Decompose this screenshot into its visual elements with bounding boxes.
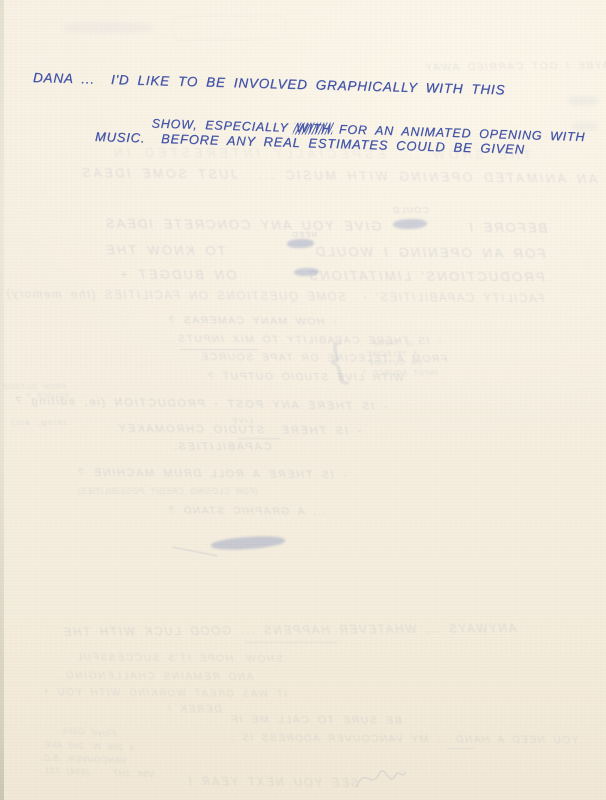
bleed-line-drum-1: - IS THERE A ROLL DRUM MACHINE ? — [77, 467, 347, 482]
struck-word: WITH — [296, 121, 332, 136]
bleed-line-need-hand: YOU NEED A HAND ... MY VANCOUVER ADDRESS… — [230, 732, 579, 746]
bleed-line-chromakey-2: CAPABILITIES. — [172, 441, 272, 453]
bleed-line-derek: DEREK ! — [167, 703, 222, 715]
bleed-line-anyways: ANYWAYS ... WHATEVER HAPPENS ... GOOD LU… — [62, 623, 517, 639]
bleed-line-for-opening: FOR AN OPENING I WOULD TO KNOW THE — [104, 242, 546, 261]
bleed-address-street: # 208 W. 2nd AVE — [44, 739, 135, 752]
ink-scribble-tail — [172, 547, 217, 557]
note-paper: DANA, WELL, MAYBE I GOT CARRIED AWAY THE… — [0, 0, 606, 800]
bleed-line-chromakey-1: - IS THERE STUDIO CHROMAKEY — [117, 423, 362, 438]
ink-smudge — [62, 22, 154, 33]
bleed-word-need: NEED — [291, 230, 317, 239]
bleed-line-drum-2: (FOR CLOSING CREDIT POSSIBILITIES) — [77, 487, 258, 496]
bleed-line-post-tail: thing, etc) — [10, 417, 66, 427]
bleed-line-opening-music: AN ANIMATED OPENING WITH MUSIC ... JUST … — [80, 166, 597, 186]
bleed-line-productions: PRODUCTIONS' LIMITATIONS ON BUDGET + — [118, 267, 545, 285]
bleed-line-before-give: BEFORE I GIVE YOU ANY CONCRETE IDEAS — [104, 216, 547, 236]
bleed-line-see-you: SEE YOU NEXT YEAR ! — [187, 776, 359, 790]
bleed-address-city: VANCOUVER, B.C. — [40, 752, 127, 765]
bleed-sidenote-3: OR OUTSIDE — [368, 360, 423, 367]
bleed-line-cameras: - HOW MANY CAMERAS ? — [168, 314, 337, 328]
bleed-sidenote-4: INPUT SOURCE ? — [362, 370, 438, 377]
bleed-underline — [180, 349, 258, 350]
bleed-sidenote-1: IS THERE — [372, 341, 414, 348]
ink-smudge — [172, 14, 286, 41]
bleed-line-be-sure: BE SURE TO CALL ME IF — [230, 713, 402, 726]
ink-smudge — [568, 96, 598, 105]
bleed-underline — [448, 748, 474, 749]
bleed-line-remains: AND REMAINS CHALLENGING. — [60, 669, 254, 683]
bleed-underline — [245, 642, 337, 643]
bleed-underline — [238, 438, 280, 439]
struck-word-text: WITH — [296, 121, 332, 136]
bleed-line-show-hope: SHOW. HOPE IT'S SUCCESSFUL — [75, 651, 283, 665]
page-edge-shadow — [0, 0, 4, 800]
bleed-brace: } — [330, 332, 345, 386]
bleed-edge-note-1: FROM OUTSIDE — [2, 384, 66, 391]
bleed-address-postal: V6K 1H7 (604) 731 - — [35, 765, 155, 779]
bleed-line-facility: FACILITY CAPABILITIES' - SOME QUESTIONS … — [5, 289, 544, 306]
bleed-line-graphic-stand: ... A GRAPHIC STAND ? — [168, 504, 325, 517]
ink-scribble — [211, 534, 286, 551]
bleed-address-name: Floyd Gillis — [62, 726, 117, 739]
bleed-line-carried-away: DANA, WELL, MAYBE I GOT CARRIED AWAY — [424, 58, 606, 73]
bleed-line-great-working: IT WAS GREAT WORKING WITH YOU + — [42, 687, 287, 700]
bleed-line-post-production: - IS THERE ANY POST - PRODUCTION (ie, ed… — [14, 395, 388, 413]
bleed-sidenote-2: A TELECINE — [366, 351, 418, 358]
signature-squiggle — [355, 764, 407, 794]
note-line-1: DANA ... I'D LIKE TO BE INVOLVED GRAPHIC… — [33, 70, 506, 97]
bleed-word-could: COULD — [392, 205, 429, 215]
